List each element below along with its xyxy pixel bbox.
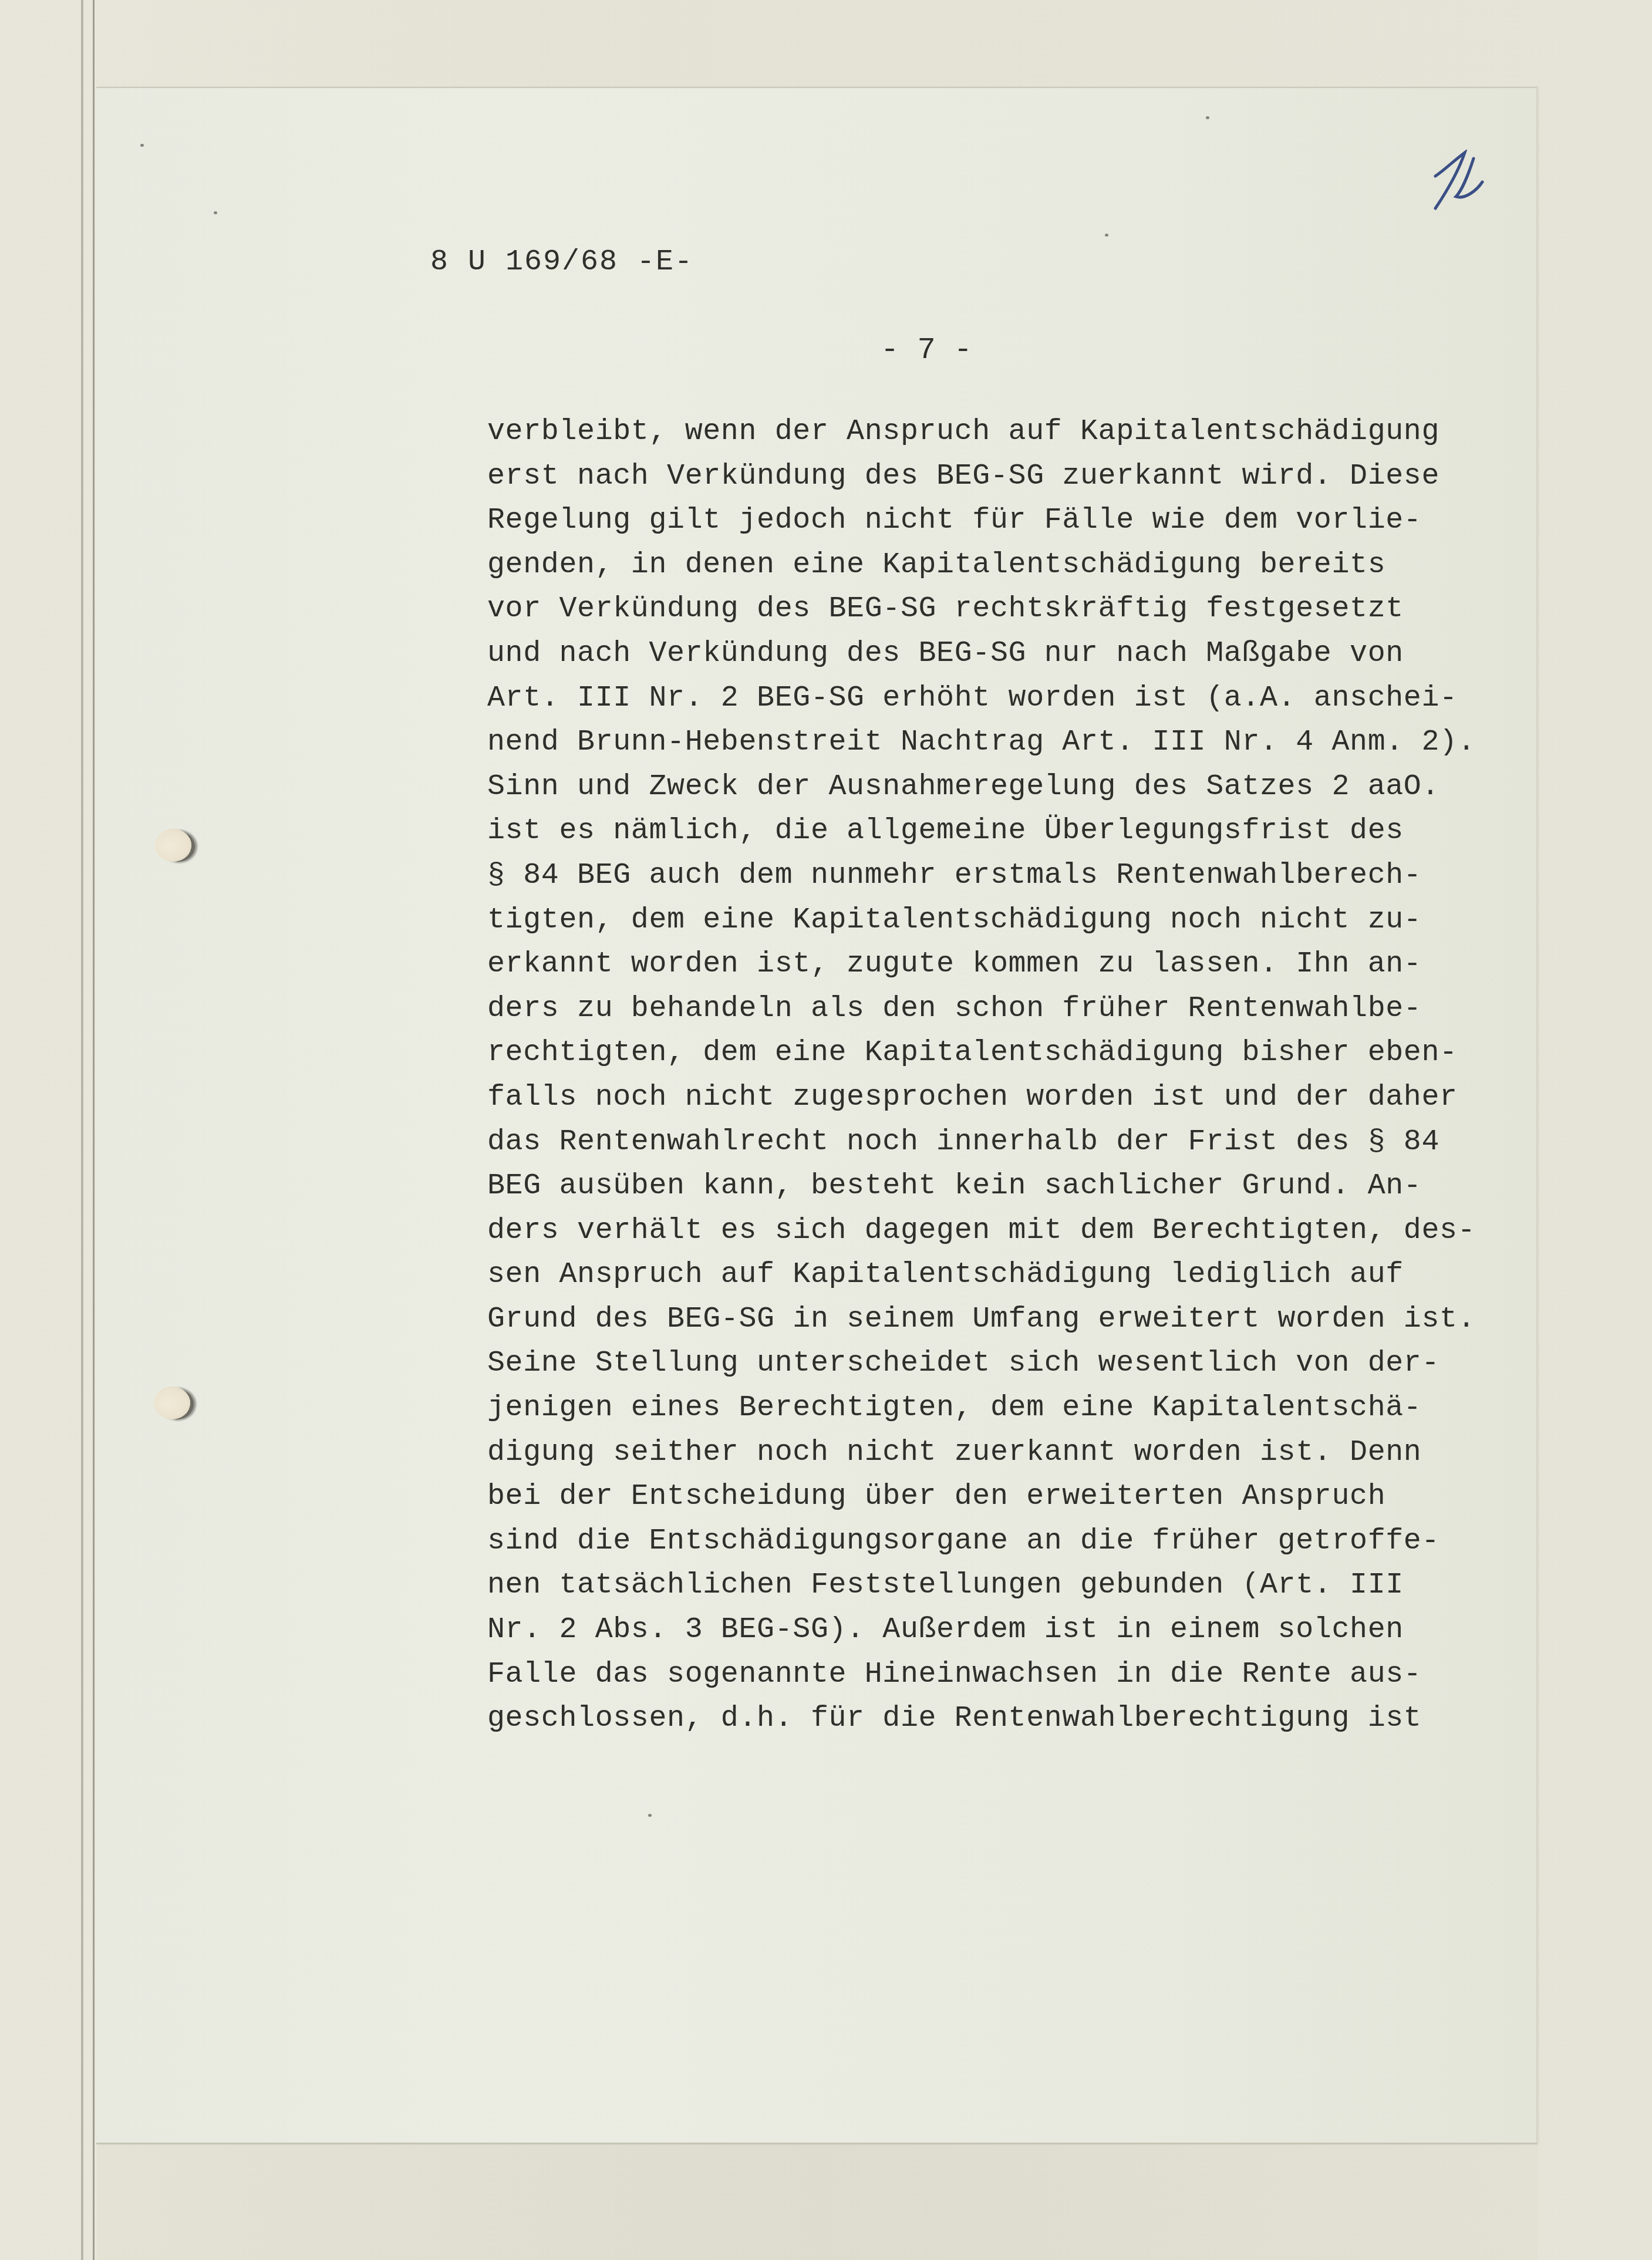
punch-hole [154,1387,190,1419]
text-line: Nr. 2 Abs. 3 BEG-SG). Außerdem ist in ei… [487,1613,1520,1657]
text-line: sen Anspruch auf Kapitalentschädigung le… [487,1257,1520,1302]
text-line: sind die Entschädigungsorgane an die frü… [487,1524,1520,1568]
text-line: Grund des BEG-SG in seinem Umfang erweit… [487,1302,1520,1347]
body-text: verbleibt, wenn der Anspruch auf Kapital… [487,414,1520,1746]
text-line: verbleibt, wenn der Anspruch auf Kapital… [487,414,1520,459]
text-line: jenigen eines Berechtigten, dem eine Kap… [487,1391,1520,1435]
text-line: ders verhält es sich dagegen mit dem Ber… [487,1213,1520,1258]
paper-speck [1206,116,1209,119]
text-line: ist es nämlich, die allgemeine Überlegun… [487,814,1520,858]
text-line: digung seither noch nicht zuerkannt word… [487,1435,1520,1480]
text-line: erkannt worden ist, zugute kommen zu las… [487,947,1520,991]
text-line: Seine Stellung unterscheidet sich wesent… [487,1346,1520,1391]
handwritten-folio-number-icon [1432,150,1485,214]
text-line: vor Verkündung des BEG-SG rechtskräftig … [487,592,1520,636]
text-line: und nach Verkündung des BEG-SG nur nach … [487,636,1520,681]
paper-speck [648,1814,652,1817]
punch-hole [155,829,191,862]
text-line: nend Brunn-Hebenstreit Nachtrag Art. III… [487,725,1520,770]
file-reference: 8 U 169/68 -E- [430,245,693,279]
paper-speck [1105,234,1108,237]
underlying-page [97,2143,1538,2260]
binder-edge-line [81,0,83,2260]
page-number: - 7 - [881,333,972,367]
text-line: falls noch nicht zugesprochen worden ist… [487,1080,1520,1125]
paper-speck [214,211,217,214]
text-line: Sinn und Zweck der Ausnahmeregelung des … [487,770,1520,814]
paper-speck [140,144,144,147]
text-line: genden, in denen eine Kapitalentschädigu… [487,548,1520,592]
text-line: tigten, dem eine Kapitalentschädigung no… [487,903,1520,947]
text-line: Falle das sogenannte Hineinwachsen in di… [487,1657,1520,1702]
text-line: erst nach Verkündung des BEG-SG zuerkann… [487,459,1520,504]
text-line: Regelung gilt jedoch nicht für Fälle wie… [487,503,1520,548]
text-line: Art. III Nr. 2 BEG-SG erhöht worden ist … [487,681,1520,726]
text-line: rechtigten, dem eine Kapitalentschädigun… [487,1035,1520,1080]
text-line: ders zu behandeln als den schon früher R… [487,991,1520,1036]
binder-edge-line [93,0,95,2260]
text-line: das Rentenwahlrecht noch innerhalb der F… [487,1125,1520,1169]
text-line: bei der Entscheidung über den erweiterte… [487,1479,1520,1524]
text-line: BEG ausüben kann, besteht kein sachliche… [487,1169,1520,1213]
text-line: § 84 BEG auch dem nunmehr erstmals Rente… [487,858,1520,903]
text-line: nen tatsächlichen Feststellungen gebunde… [487,1568,1520,1613]
text-line: geschlossen, d.h. für die Rentenwahlbere… [487,1701,1520,1746]
